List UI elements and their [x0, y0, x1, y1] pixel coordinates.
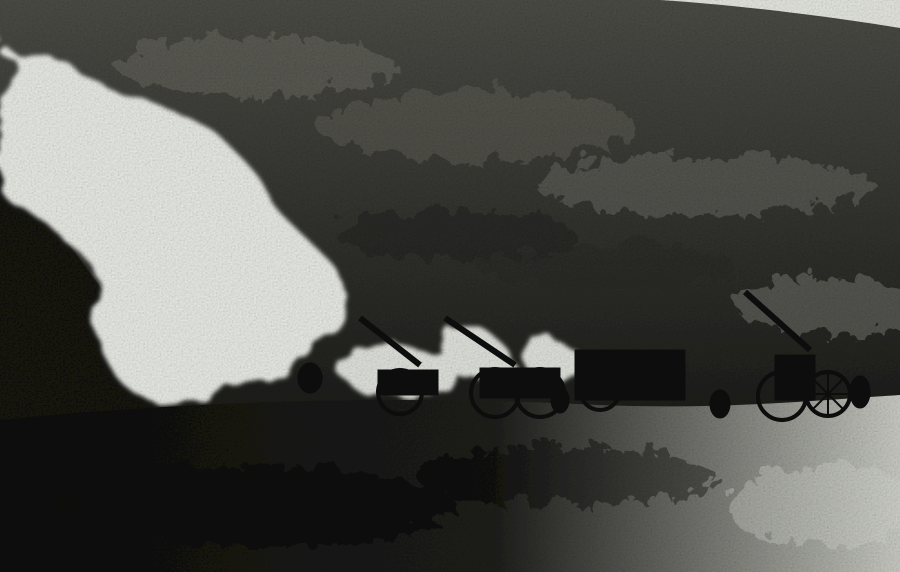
artillery-photograph: [0, 0, 900, 572]
photo-canvas: [0, 0, 900, 572]
